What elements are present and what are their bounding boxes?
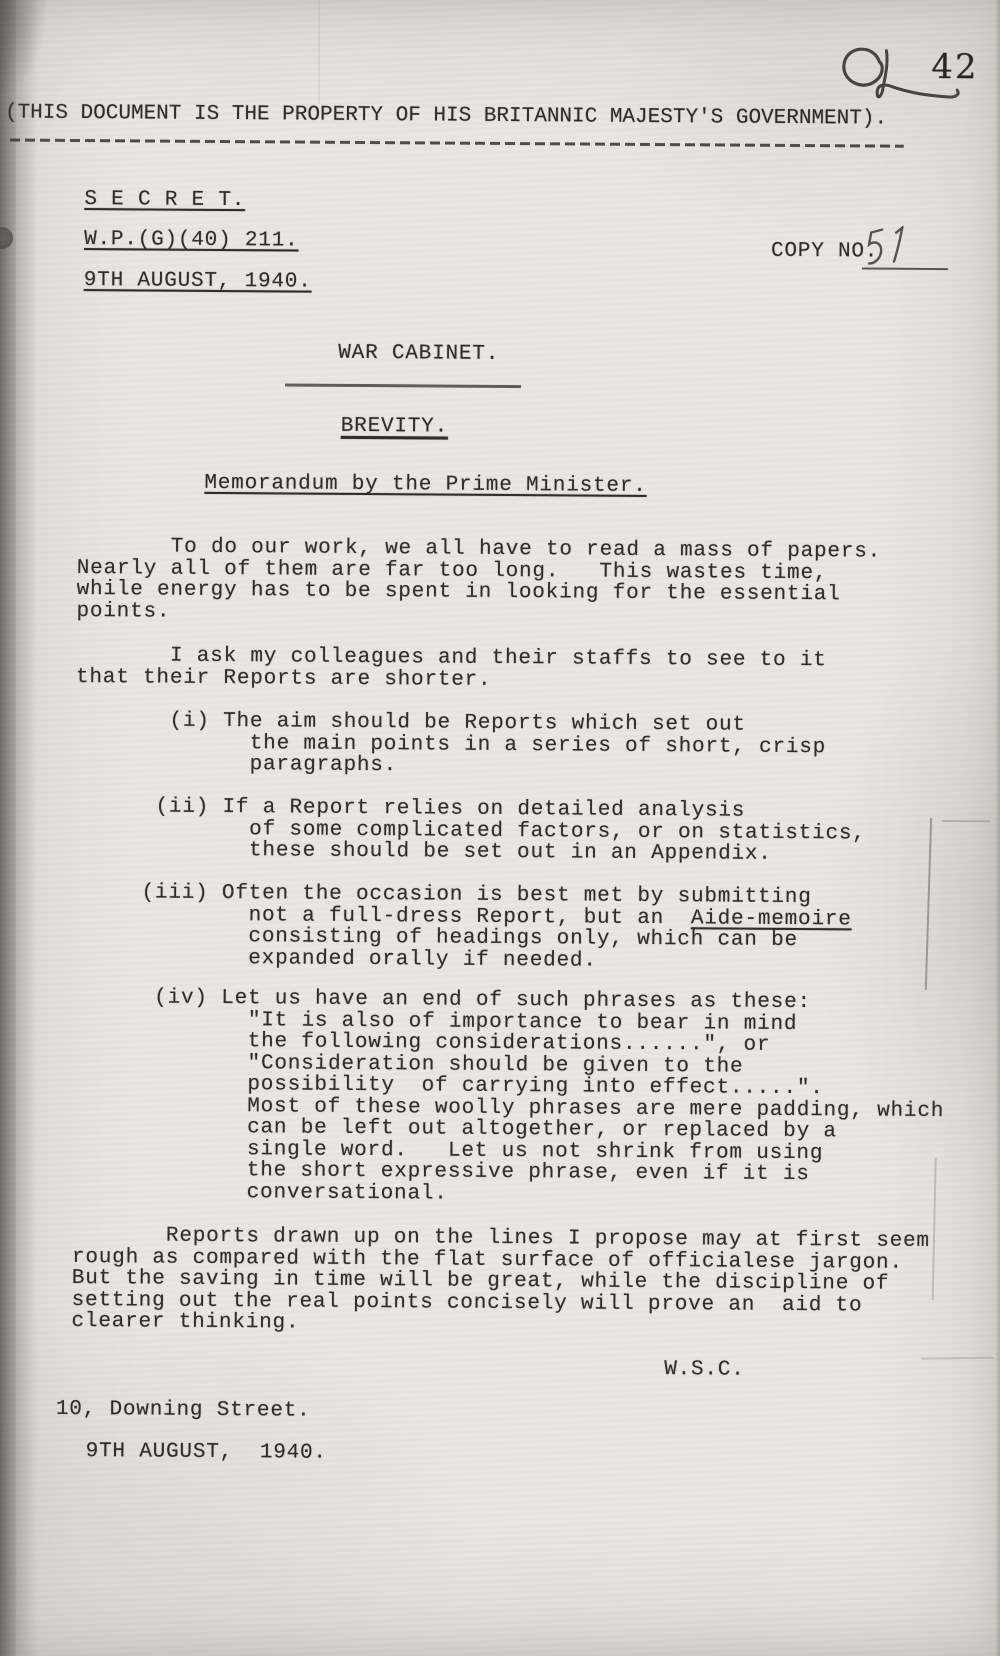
property-notice: (THIS DOCUMENT IS THE PROPERTY OF HIS BR… [5, 102, 887, 130]
paragraph-request: I ask my colleagues and their staffs to … [76, 645, 827, 693]
list-item-ii: (ii) If a Report relies on detailed anal… [75, 796, 866, 866]
margin-pencil-line [925, 818, 932, 990]
document-subtitle: Memorandum by the Prime Minister. [204, 473, 646, 498]
handwritten-copy-number [861, 225, 913, 271]
list-item-i: (i) The aim should be Reports which set … [75, 710, 826, 780]
date-footer: 9TH AUGUST, 1940. [86, 1441, 327, 1464]
date-heading: 9TH AUGUST, 1940. [84, 270, 312, 293]
page-number: 42 [931, 47, 979, 87]
paragraph-closing: Reports drawn up on the lines I propose … [71, 1225, 929, 1338]
dashed-rule [10, 139, 904, 148]
margin-pencil-line [942, 820, 990, 822]
paragraph-intro: To do our work, we all have to read a ma… [76, 536, 881, 628]
reference-number: W.P.(G)(40) 211. [84, 229, 299, 252]
list-item-iv: (iv) Let us have an end of such phrases … [72, 987, 945, 1208]
organisation-heading: WAR CABINET. [338, 343, 499, 366]
document-page: 42 (THIS DOCUMENT IS THE PROPERTY OF HIS… [0, 0, 1000, 1656]
list-item-iii: (iii) Often the occasion is best met by … [74, 882, 852, 973]
signature-initials: W.S.C. [664, 1359, 745, 1381]
aide-memoire-term: Aide-memoire [691, 907, 852, 931]
document-title: BREVITY. [341, 416, 448, 438]
heading-rule [285, 383, 521, 387]
classification-label: S E C R E T. [84, 189, 245, 212]
address-line: 10, Downing Street. [56, 1399, 311, 1422]
margin-pencil-line [921, 1357, 993, 1360]
